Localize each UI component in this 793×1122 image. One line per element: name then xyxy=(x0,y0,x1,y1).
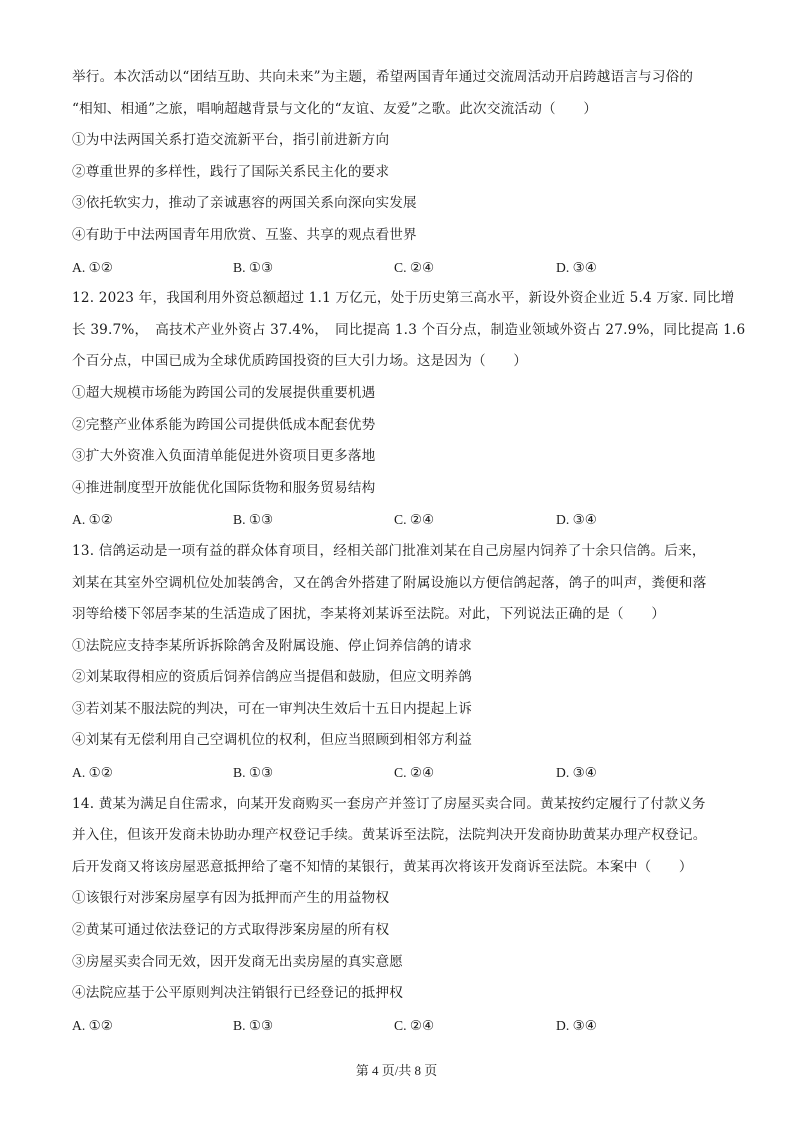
question-12: 12. 2023 年，我国利用外资总额超过 1.1 万亿元，处于历史第三高水平，… xyxy=(72,283,722,536)
statement-3: ③房屋买卖合同无效，因开发商无出卖房屋的真实意愿 xyxy=(72,947,722,979)
option-d: D. ③④ xyxy=(556,757,597,789)
answer-options: A. ①② B. ①③ C. ②④ D. ③④ xyxy=(72,252,722,284)
question-stem-line: 羽等给楼下邻居李某的生活造成了困扰，李某将刘某诉至法院。对此，下列说法正确的是（… xyxy=(72,599,722,631)
option-b: B. ①③ xyxy=(233,252,273,284)
answer-options: A. ①② B. ①③ C. ②④ D. ③④ xyxy=(72,1010,722,1042)
statement-2: ②完整产业体系能为跨国公司提供低成本配套优势 xyxy=(72,410,722,442)
statement-2: ②尊重世界的多样性，践行了国际关系民主化的要求 xyxy=(72,157,722,189)
statement-4: ④刘某有无偿利用自己空调机位的权利，但应当照顾到相邻方利益 xyxy=(72,725,722,757)
option-b: B. ①③ xyxy=(233,757,273,789)
option-c: C. ②④ xyxy=(394,1010,434,1042)
statement-4: ④法院应基于公平原则判决注销银行已经登记的抵押权 xyxy=(72,978,722,1010)
statement-1: ①为中法两国关系打造交流新平台，指引前进新方向 xyxy=(72,125,722,157)
statement-3: ③依托软实力，推动了亲诚惠容的两国关系向深向实发展 xyxy=(72,188,722,220)
page-number-footer: 第 4 页/共 8 页 xyxy=(0,1060,793,1079)
exam-page: 举行。本次活动以“团结互助、共向未来”为主题，希望两国青年通过交流周活动开启跨越… xyxy=(72,62,722,1041)
answer-options: A. ①② B. ①③ C. ②④ D. ③④ xyxy=(72,757,722,789)
statement-3: ③扩大外资准入负面清单能促进外资项目更多落地 xyxy=(72,441,722,473)
question-stem-line: 举行。本次活动以“团结互助、共向未来”为主题，希望两国青年通过交流周活动开启跨越… xyxy=(72,62,722,94)
option-c: C. ②④ xyxy=(394,252,434,284)
option-d: D. ③④ xyxy=(556,1010,597,1042)
statement-4: ④推进制度型开放能优化国际货物和服务贸易结构 xyxy=(72,473,722,505)
option-c: C. ②④ xyxy=(394,757,434,789)
statement-1: ①法院应支持李某所诉拆除鸽舍及附属设施、停止饲养信鸽的请求 xyxy=(72,631,722,663)
option-d: D. ③④ xyxy=(556,504,597,536)
statement-3: ③若刘某不服法院的判决，可在一审判决生效后十五日内提起上诉 xyxy=(72,694,722,726)
statement-1: ①该银行对涉案房屋享有因为抵押而产生的用益物权 xyxy=(72,883,722,915)
option-a: A. ①② xyxy=(72,757,113,789)
option-b: B. ①③ xyxy=(233,504,273,536)
question-14: 14. 黄某为满足自住需求，向某开发商购买一套房产并签订了房屋买卖合同。黄某按约… xyxy=(72,789,722,1042)
question-11: 举行。本次活动以“团结互助、共向未来”为主题，希望两国青年通过交流周活动开启跨越… xyxy=(72,62,722,283)
question-stem-line: 后开发商又将该房屋恶意抵押给了毫不知情的某银行，黄某再次将该开发商诉至法院。本案… xyxy=(72,852,722,884)
answer-options: A. ①② B. ①③ C. ②④ D. ③④ xyxy=(72,504,722,536)
question-stem-line: 12. 2023 年，我国利用外资总额超过 1.1 万亿元，处于历史第三高水平，… xyxy=(72,283,722,315)
option-a: A. ①② xyxy=(72,252,113,284)
question-stem-line: 刘某在其室外空调机位处加装鸽舍，又在鸽舍外搭建了附属设施以方便信鸽起落，鸽子的叫… xyxy=(72,568,722,600)
question-stem-line: 13. 信鸽运动是一项有益的群众体育项目，经相关部门批准刘某在自己房屋内饲养了十… xyxy=(72,536,722,568)
option-c: C. ②④ xyxy=(394,504,434,536)
statement-4: ④有助于中法两国青年用欣赏、互鉴、共享的观点看世界 xyxy=(72,220,722,252)
statement-2: ②黄某可通过依法登记的方式取得涉案房屋的所有权 xyxy=(72,915,722,947)
question-stem-line: 长 39.7%， 高技术产业外资占 37.4%， 同比提高 1.3 个百分点，制… xyxy=(72,315,722,347)
question-stem-line: 并入住，但该开发商未协助办理产权登记手续。黄某诉至法院，法院判决开发商协助黄某办… xyxy=(72,820,722,852)
statement-2: ②刘某取得相应的资质后饲养信鸽应当提倡和鼓励，但应文明养鸽 xyxy=(72,662,722,694)
question-stem-line: “相知、相通”之旅，唱响超越背景与文化的“友谊、友爱”之歌。此次交流活动（ ） xyxy=(72,94,722,126)
question-stem-line: 14. 黄某为满足自住需求，向某开发商购买一套房产并签订了房屋买卖合同。黄某按约… xyxy=(72,789,722,821)
question-13: 13. 信鸽运动是一项有益的群众体育项目，经相关部门批准刘某在自己房屋内饲养了十… xyxy=(72,536,722,789)
question-stem-line: 个百分点，中国已成为全球优质跨国投资的巨大引力场。这是因为（ ） xyxy=(72,346,722,378)
option-a: A. ①② xyxy=(72,1010,113,1042)
option-b: B. ①③ xyxy=(233,1010,273,1042)
statement-1: ①超大规模市场能为跨国公司的发展提供重要机遇 xyxy=(72,378,722,410)
option-d: D. ③④ xyxy=(556,252,597,284)
option-a: A. ①② xyxy=(72,504,113,536)
